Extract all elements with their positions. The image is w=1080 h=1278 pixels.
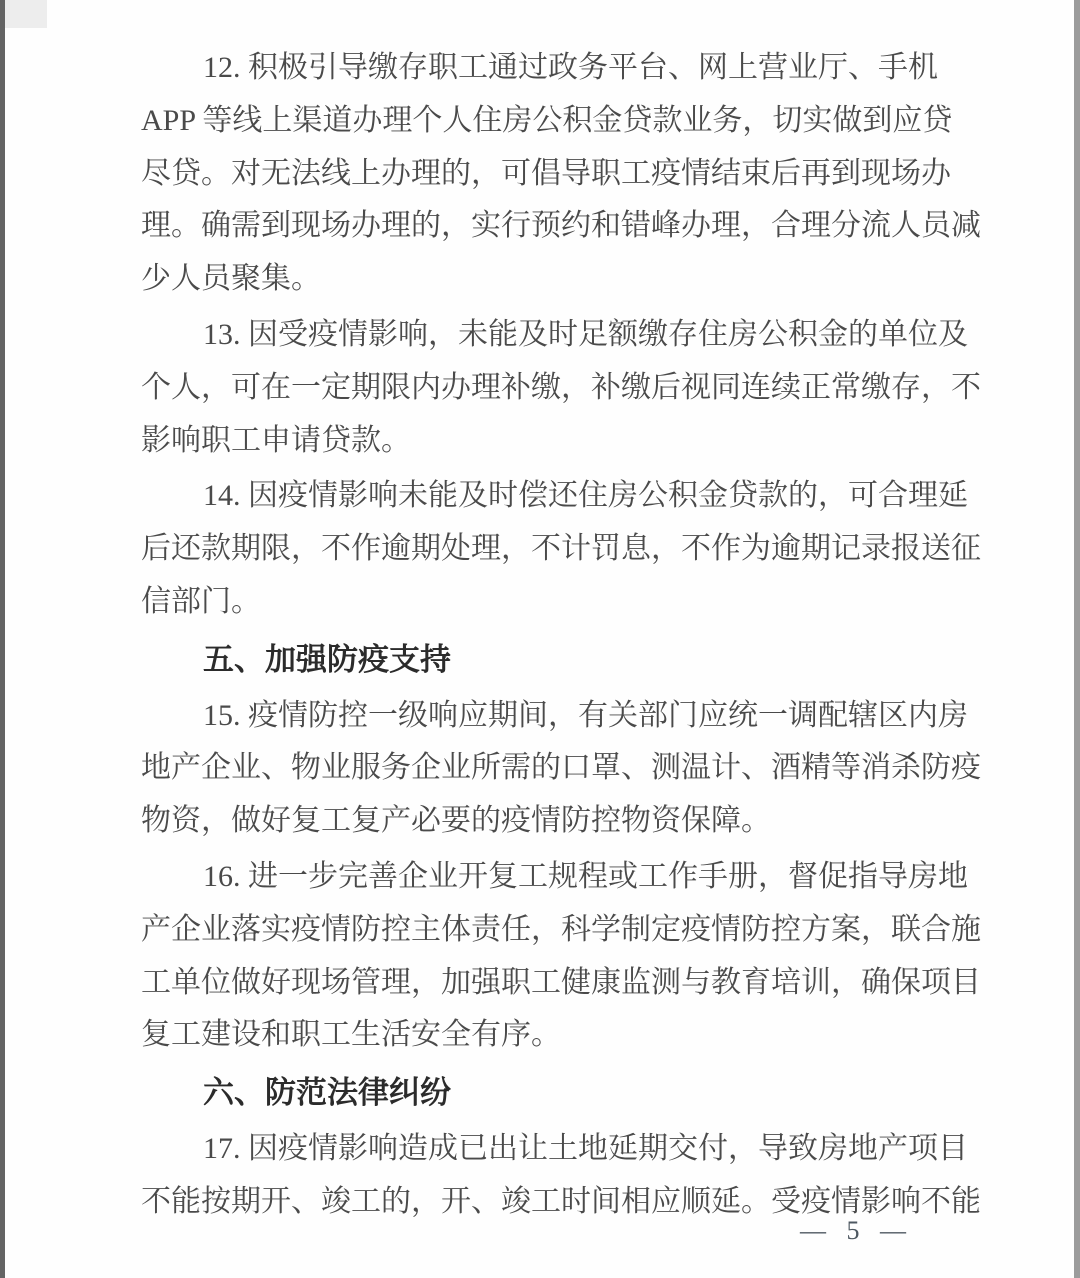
section-heading: 六、防范法律纠纷: [141, 1067, 938, 1120]
text-line: 理。确需到现场办理的，实行预约和错峰办理，合理分流人员减: [141, 200, 938, 253]
paragraph: 17. 因疫情影响造成已出让土地延期交付，导致房地产项目不能按期开、竣工的，开、…: [141, 1123, 938, 1229]
page-number: — 5 —: [800, 1216, 907, 1246]
text-line: 复工建设和职工生活安全有序。: [141, 1009, 938, 1062]
text-line: 12. 积极引导缴存职工通过政务平台、网上营业厅、手机: [141, 42, 938, 95]
text-line: 后还款期限，不作逾期处理，不计罚息，不作为逾期记录报送征: [141, 523, 938, 576]
text-line: 少人员聚集。: [141, 253, 938, 306]
text-line: 工单位做好现场管理，加强职工健康监测与教育培训，确保项目: [141, 957, 938, 1010]
text-line: APP 等线上渠道办理个人住房公积金贷款业务，切实做到应贷: [141, 95, 938, 148]
text-line: 产企业落实疫情防控主体责任，科学制定疫情防控方案，联合施: [141, 904, 938, 957]
paragraph: 15. 疫情防控一级响应期间，有关部门应统一调配辖区内房地产企业、物业服务企业所…: [141, 690, 938, 848]
text-line: 信部门。: [141, 576, 938, 629]
body-text: 12. 积极引导缴存职工通过政务平台、网上营业厅、手机APP 等线上渠道办理个人…: [141, 42, 938, 1229]
text-line: 五、加强防疫支持: [141, 634, 938, 687]
text-line: 影响职工申请贷款。: [141, 415, 938, 468]
paragraph: 14. 因疫情影响未能及时偿还住房公积金贷款的，可合理延后还款期限，不作逾期处理…: [141, 470, 938, 628]
text-line: 16. 进一步完善企业开复工规程或工作手册，督促指导房地: [141, 851, 938, 904]
left-scan-edge: [0, 0, 5, 1278]
text-line: 13. 因受疫情影响，未能及时足额缴存住房公积金的单位及: [141, 309, 938, 362]
text-line: 地产企业、物业服务企业所需的口罩、测温计、酒精等消杀防疫: [141, 742, 938, 795]
paragraph: 16. 进一步完善企业开复工规程或工作手册，督促指导房地产企业落实疫情防控主体责…: [141, 851, 938, 1062]
text-line: 六、防范法律纠纷: [141, 1067, 938, 1120]
text-line: 个人，可在一定期限内办理补缴，补缴后视同连续正常缴存，不: [141, 362, 938, 415]
text-line: 尽贷。对无法线上办理的，可倡导职工疫情结束后再到现场办: [141, 148, 938, 201]
document-page: 12. 积极引导缴存职工通过政务平台、网上营业厅、手机APP 等线上渠道办理个人…: [0, 0, 1080, 1278]
text-line: 物资，做好复工复产必要的疫情防控物资保障。: [141, 795, 938, 848]
paragraph: 12. 积极引导缴存职工通过政务平台、网上营业厅、手机APP 等线上渠道办理个人…: [141, 42, 938, 306]
scan-corner-artifact: [5, 0, 47, 28]
section-heading: 五、加强防疫支持: [141, 634, 938, 687]
right-scan-edge: [1074, 0, 1080, 1278]
paragraph: 13. 因受疫情影响，未能及时足额缴存住房公积金的单位及个人，可在一定期限内办理…: [141, 309, 938, 467]
text-line: 17. 因疫情影响造成已出让土地延期交付，导致房地产项目: [141, 1123, 938, 1176]
text-line: 14. 因疫情影响未能及时偿还住房公积金贷款的，可合理延: [141, 470, 938, 523]
text-line: 15. 疫情防控一级响应期间，有关部门应统一调配辖区内房: [141, 690, 938, 743]
